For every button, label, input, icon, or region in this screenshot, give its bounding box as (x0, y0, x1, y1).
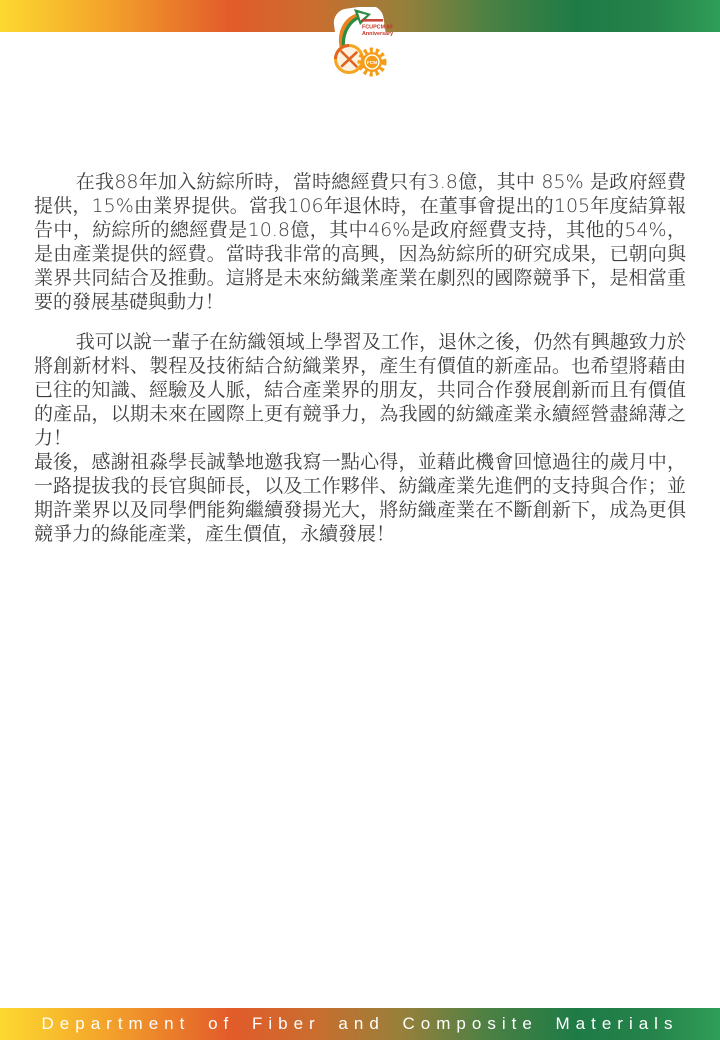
logo-anniversary-line: Anniversary (362, 31, 393, 37)
paragraph-funding-history: 在我88年加入紡綜所時，當時總經費只有3.8億，其中 85% 是政府經費提供，1… (34, 170, 686, 314)
letter-body: 在我88年加入紡綜所時，當時總經費只有3.8億，其中 85% 是政府經費提供，1… (34, 170, 686, 546)
textile-swirl-icon (336, 46, 363, 73)
paragraph-closing-thanks: 最後，感謝祖淼學長誠摯地邀我寫一點心得，並藉此機會回憶過往的歲月中，一路提拔我的… (34, 450, 686, 546)
logo-tagline-bar (362, 19, 383, 22)
footer-gradient-bar: Department of Fiber and Composite Materi… (0, 1008, 720, 1040)
paragraph-career-reflection: 我可以說一輩子在紡織領域上學習及工作，退休之後，仍然有興趣致力於將創新材料、製程… (34, 330, 686, 450)
fcm-gear-label: FCM (367, 60, 377, 66)
footer-department-name: Department of Fiber and Composite Materi… (42, 1014, 679, 1034)
anniversary-logo: FCUPCM 60th Anniversary FCM (327, 7, 393, 81)
logo-org-line: FCUPCM 60th (362, 25, 393, 31)
document-page: FCUPCM 60th Anniversary FCM 在我88年加入紡綜所時，… (0, 0, 720, 1040)
anniversary-logo-svg: FCUPCM 60th Anniversary FCM (327, 7, 393, 81)
